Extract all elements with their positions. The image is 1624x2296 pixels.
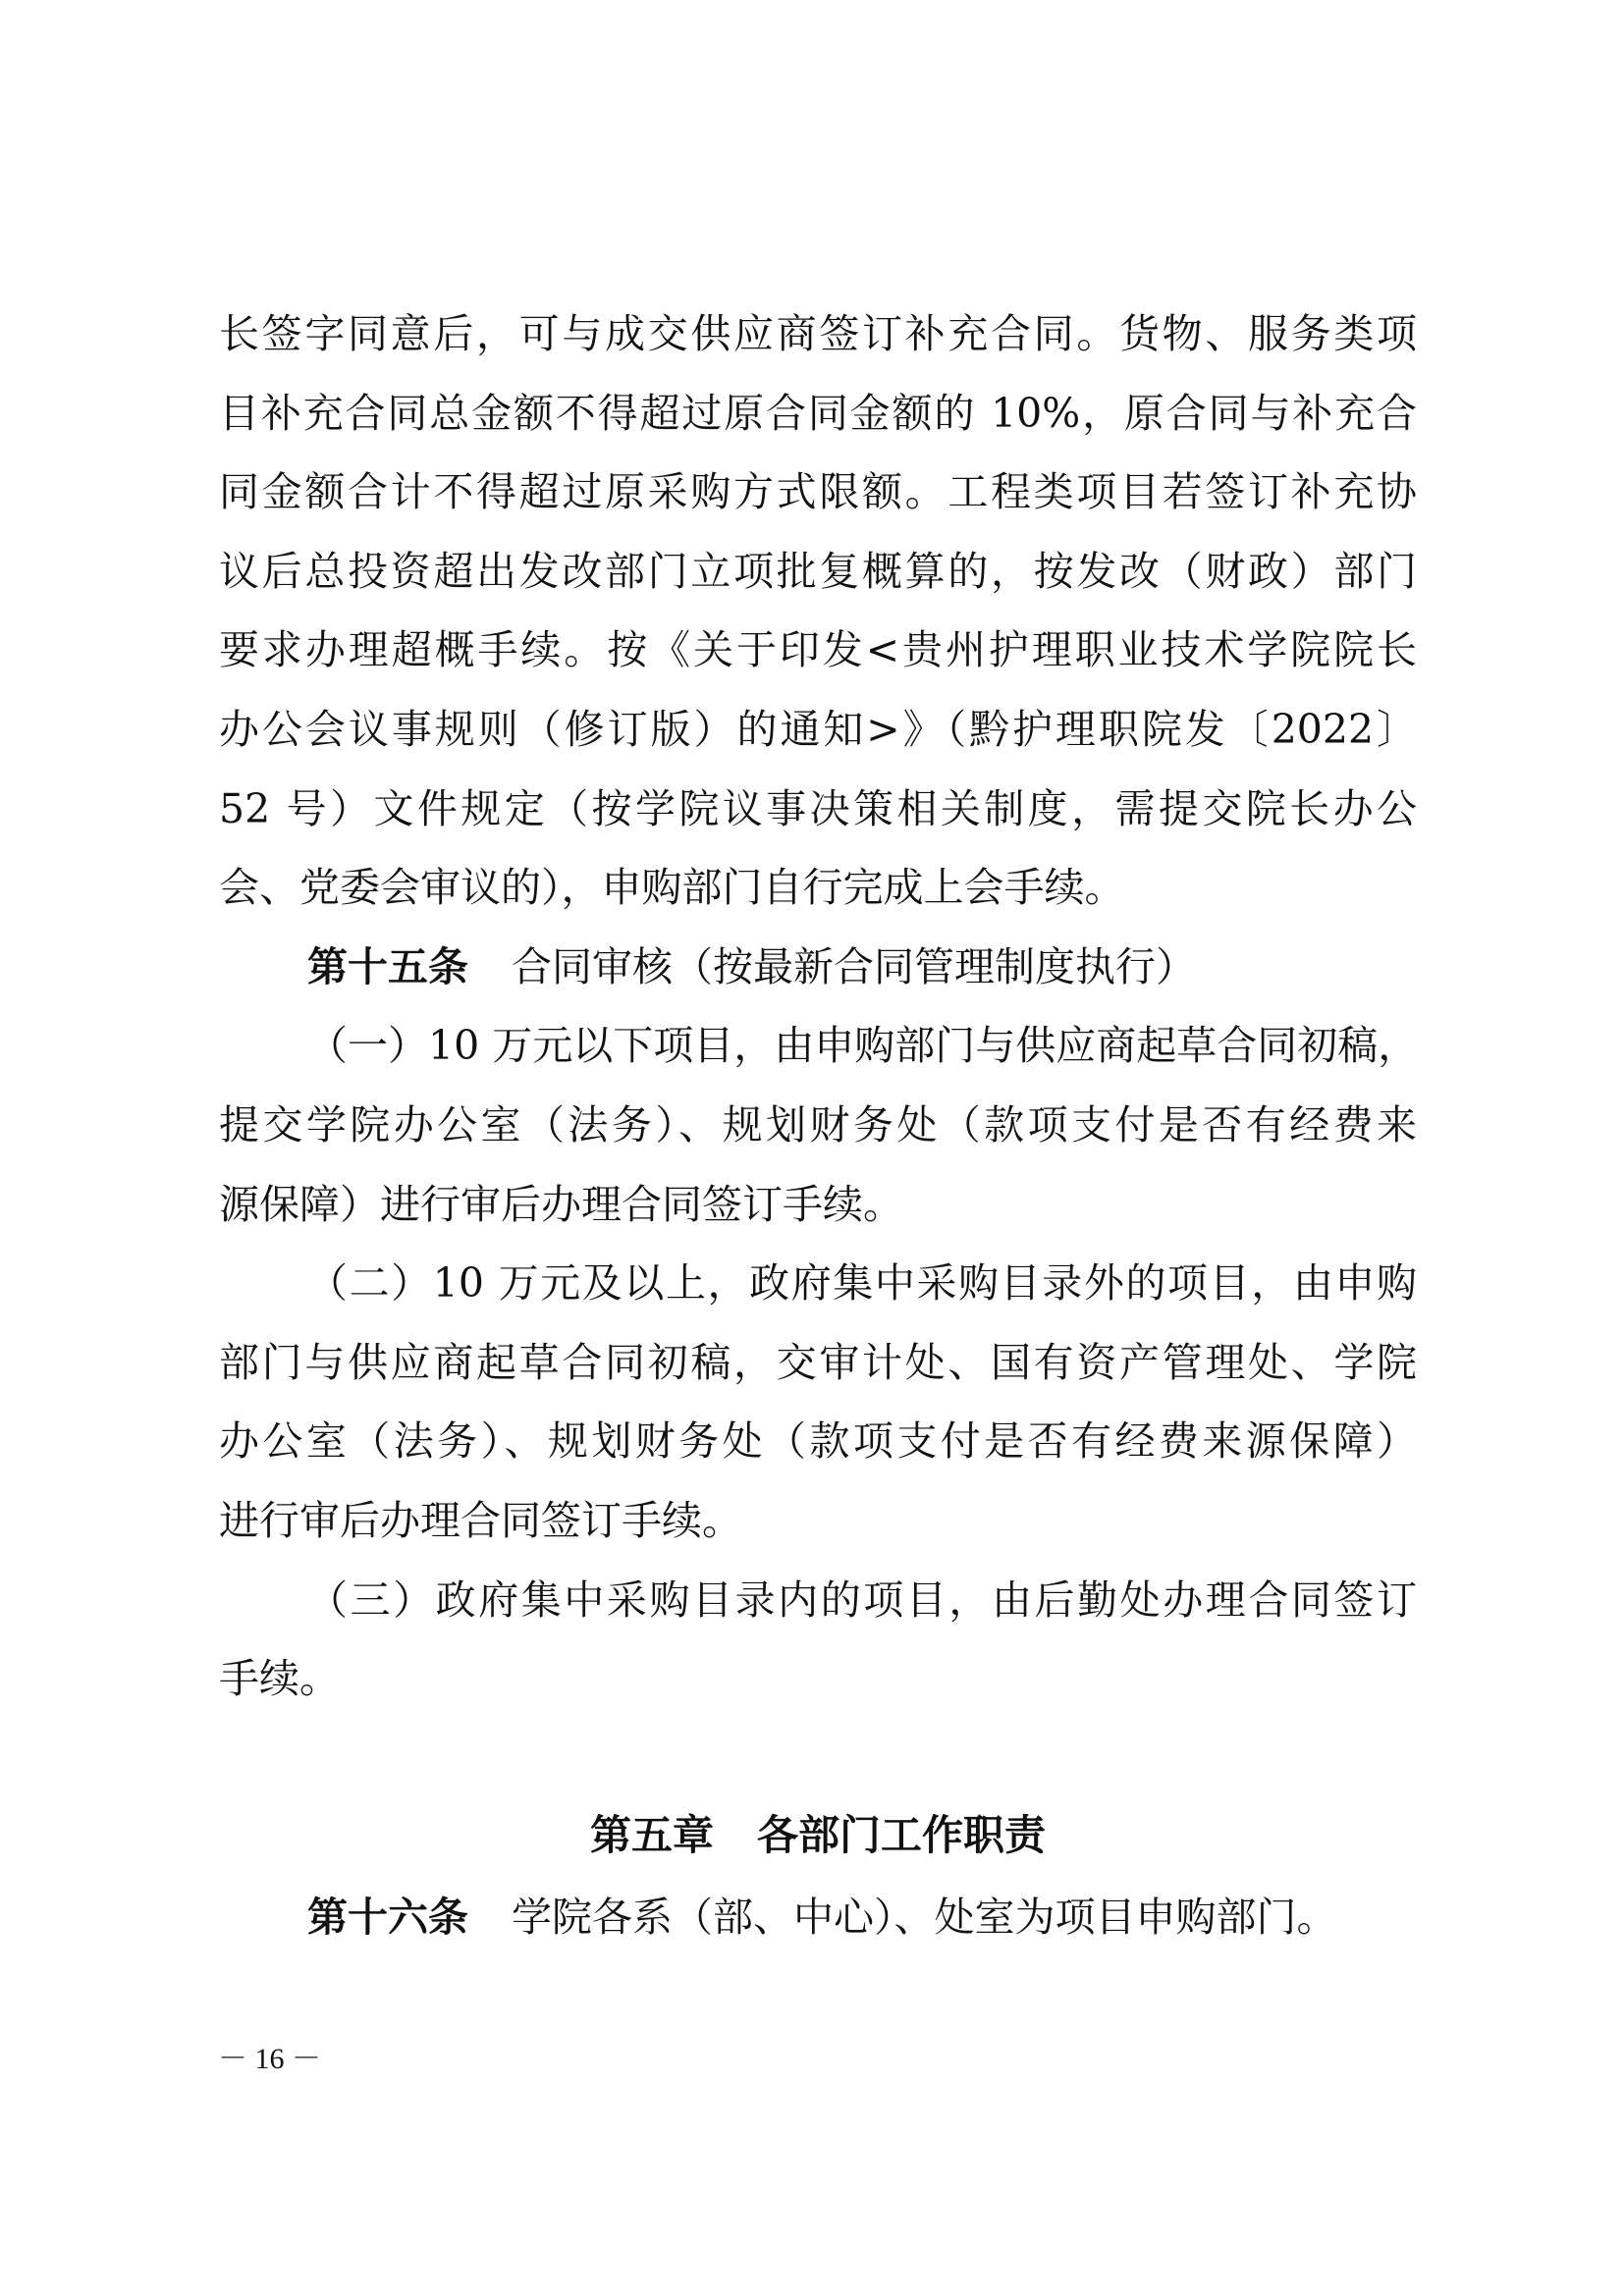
article-15-item-1-line: 源保障）进行审后办理合同签订手续。 (219, 1175, 1417, 1234)
paragraph-line: 议后总投资超出发改部门立项批复概算的，按发改（财政）部门 (219, 542, 1417, 601)
chapter-heading: 第五章各部门工作职责 (219, 1806, 1417, 1865)
article-16-text: 学院各系（部、中心）、处室为项目申购部门。 (512, 1894, 1337, 1941)
article-15-heading-line: 第十五条合同审核（按最新合同管理制度执行） (307, 937, 1417, 996)
article-16-line: 第十六条学院各系（部、中心）、处室为项目申购部门。 (307, 1888, 1417, 1947)
article-15-item-3-line: （三）政府集中采购目录内的项目，由后勤处办理合同签订 (307, 1571, 1417, 1629)
article-15-item-2-line: （二）10 万元及以上，政府集中采购目录外的项目，由申购 (307, 1254, 1417, 1312)
document-page: 长签字同意后，可与成交供应商签订补充合同。货物、服务类项 目补充合同总金额不得超… (0, 0, 1624, 2296)
article-15-item-1-line: （一）10 万元以下项目，由申购部门与供应商起草合同初稿， (307, 1016, 1417, 1075)
article-15-number: 第十五条 (307, 937, 468, 996)
page-number: － 16 － (218, 2040, 321, 2079)
paragraph-line: 办公会议事规则（修订版）的通知>》（黔护理职院发〔2022〕 (219, 700, 1417, 759)
article-15-item-2-line: 部门与供应商起草合同初稿，交审计处、国有资产管理处、学院 (219, 1333, 1417, 1392)
chapter-number: 第五章 (590, 1811, 714, 1859)
paragraph-line: 52 号）文件规定（按学院议事决策相关制度，需提交院长办公 (219, 779, 1417, 838)
article-15-item-1-line: 提交学院办公室（法务）、规划财务处（款项支付是否有经费来 (219, 1095, 1417, 1154)
paragraph-line: 目补充合同总金额不得超过原合同金额的 10%，原合同与补充合 (219, 384, 1417, 443)
paragraph-line: 同金额合计不得超过原采购方式限额。工程类项目若签订补充协 (219, 462, 1417, 521)
article-15-item-2-line: 办公室（法务）、规划财务处（款项支付是否有经费来源保障） (219, 1412, 1417, 1470)
article-16-number: 第十六条 (307, 1888, 468, 1947)
article-15-title: 合同审核（按最新合同管理制度执行） (512, 943, 1196, 990)
article-15-item-3-line: 手续。 (219, 1649, 1417, 1708)
chapter-title: 各部门工作职责 (757, 1811, 1046, 1859)
article-15-item-2-line: 进行审后办理合同签订手续。 (219, 1491, 1417, 1550)
paragraph-line: 会、党委会审议的），申购部门自行完成上会手续。 (219, 858, 1417, 917)
paragraph-line: 要求办理超概手续。按《关于印发<贵州护理职业技术学院院长 (219, 620, 1417, 679)
paragraph-line: 长签字同意后，可与成交供应商签订补充合同。货物、服务类项 (219, 304, 1417, 363)
